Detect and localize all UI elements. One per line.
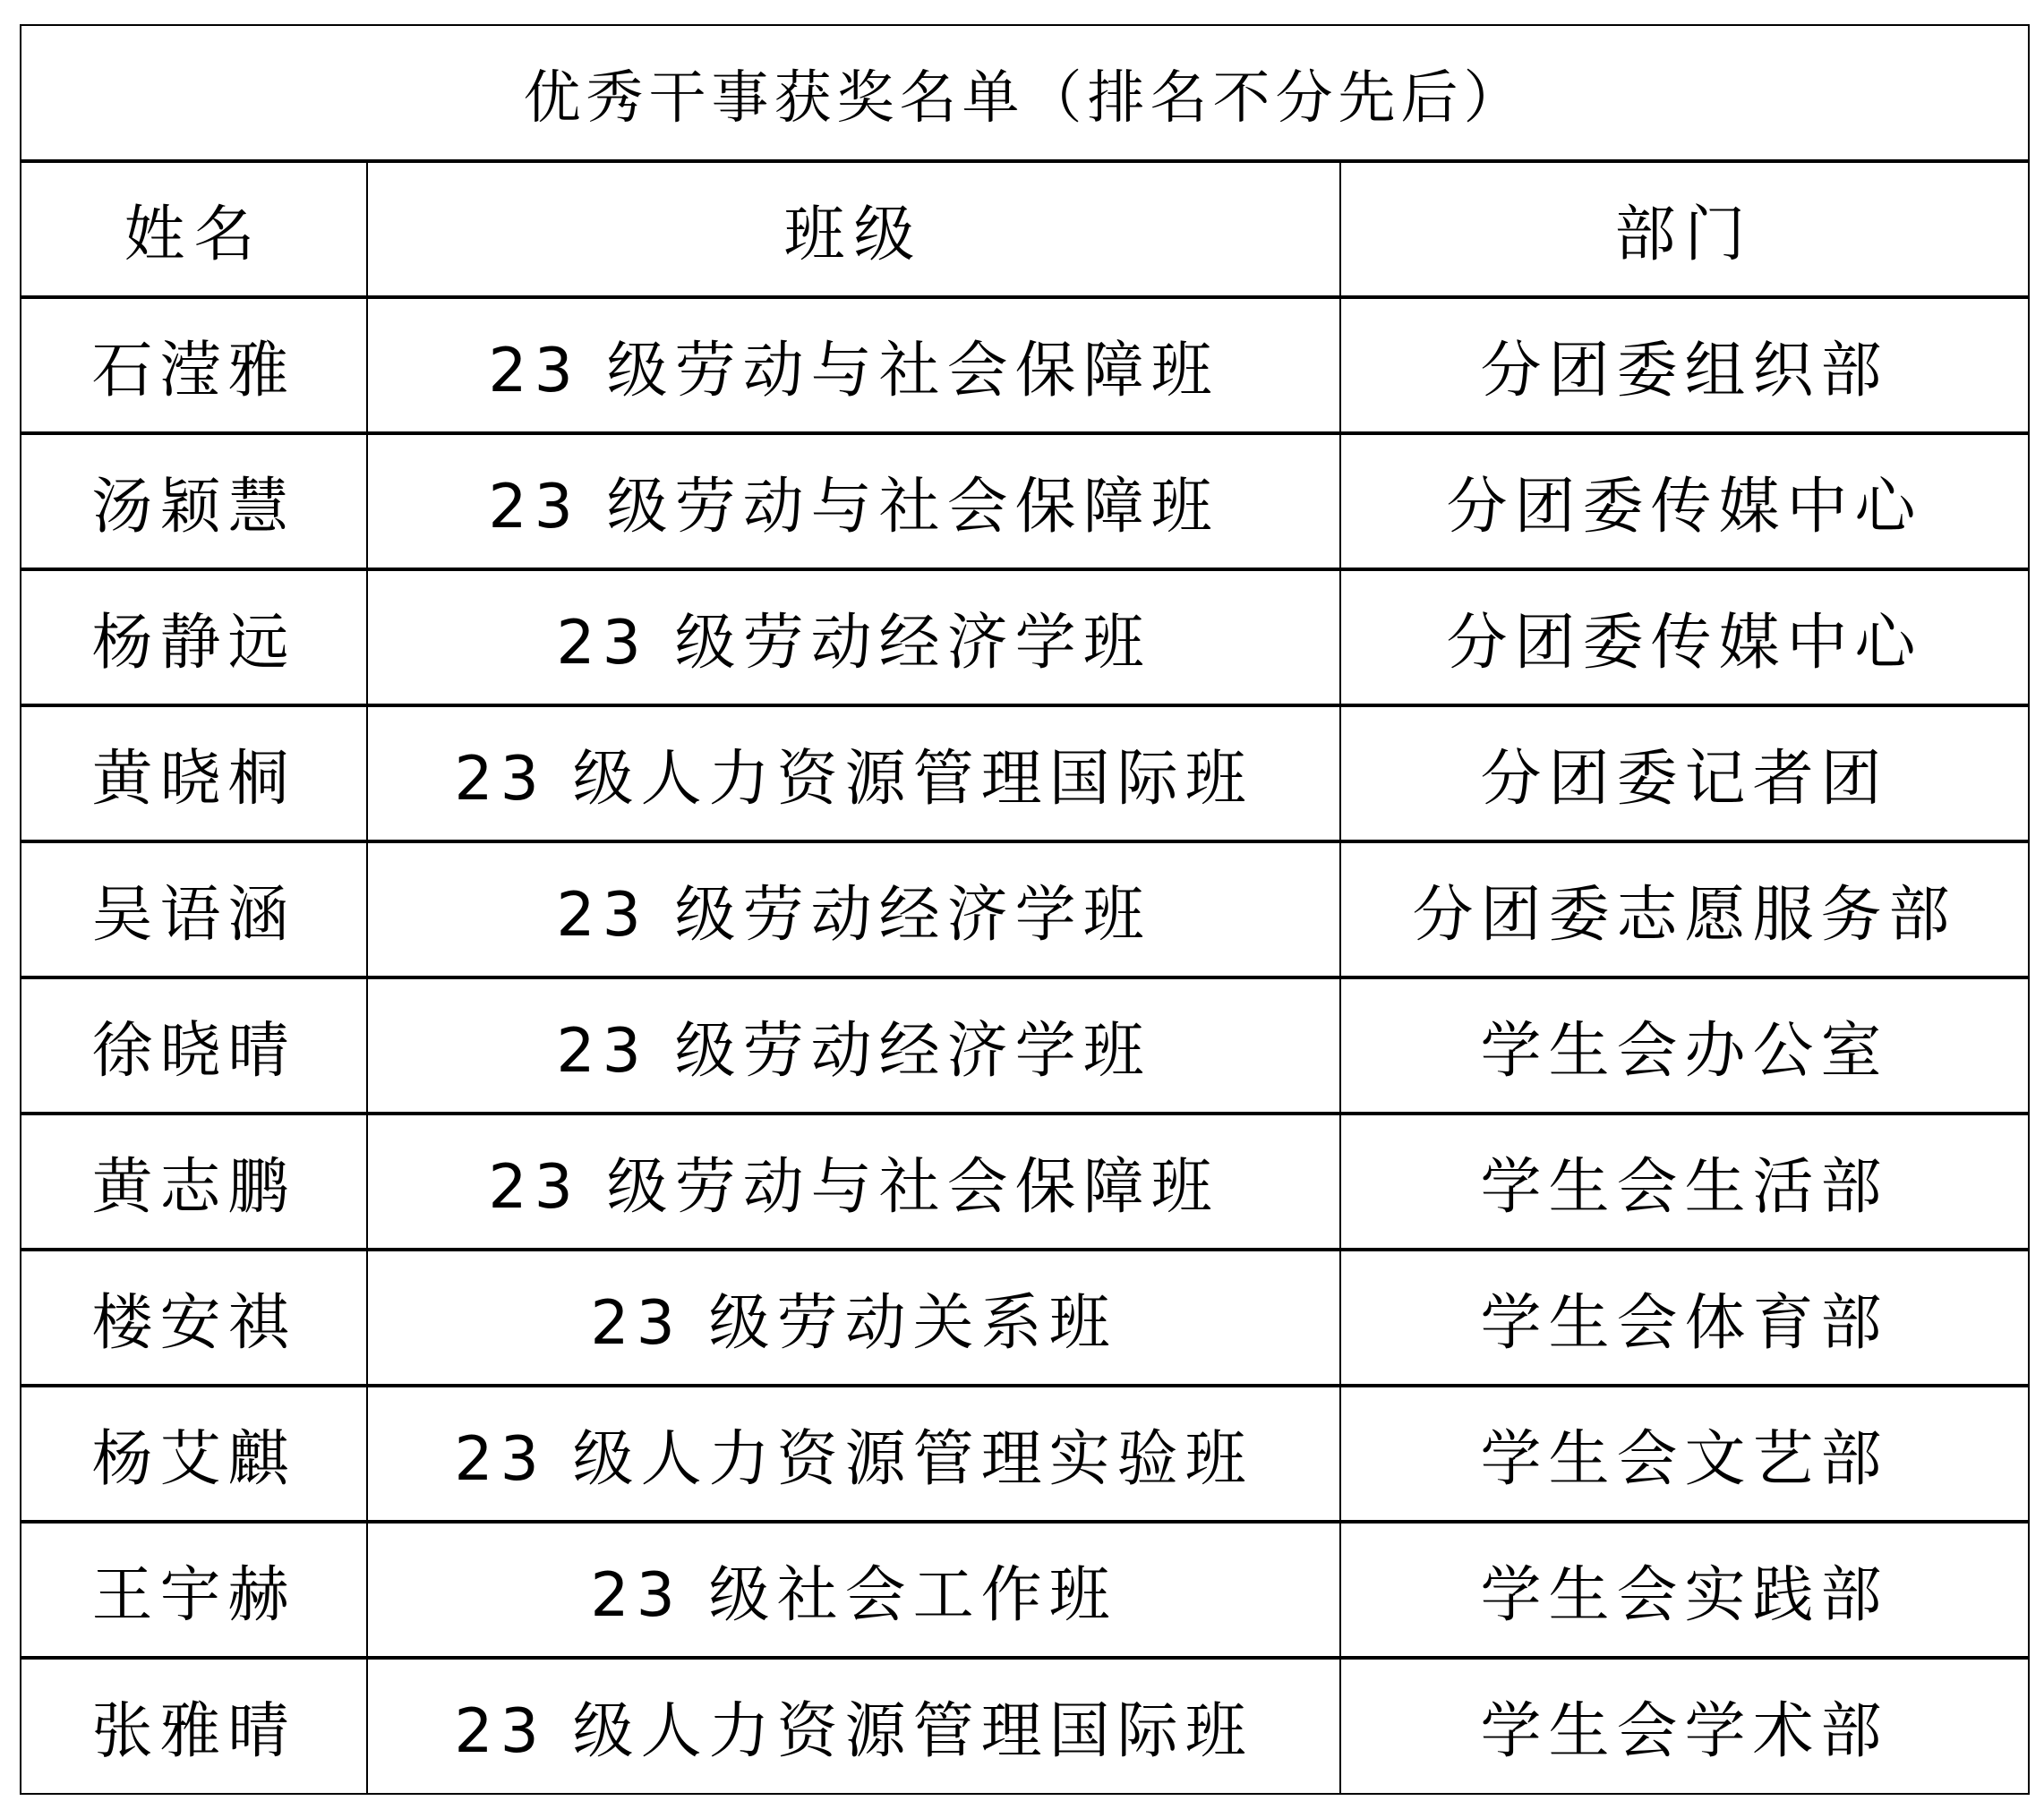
table-row: 石滢雅23 级劳动与社会保障班分团委组织部	[21, 297, 2029, 433]
dept-cell: 学生会文艺部	[1340, 1386, 2029, 1522]
name-cell: 石滢雅	[21, 297, 367, 433]
table-row: 黄志鹏23 级劳动与社会保障班学生会生活部	[21, 1114, 2029, 1250]
table-row: 汤颖慧23 级劳动与社会保障班分团委传媒中心	[21, 433, 2029, 569]
dept-cell: 学生会体育部	[1340, 1250, 2029, 1386]
dept-cell: 学生会办公室	[1340, 977, 2029, 1114]
class-cell: 23 级人力资源管理国际班	[367, 705, 1340, 841]
award-list-table: 优秀干事获奖名单（排名不分先后） 姓名 班级 部门 石滢雅23 级劳动与社会保障…	[20, 24, 2030, 1795]
table-row: 王宇赫23 级社会工作班学生会实践部	[21, 1522, 2029, 1658]
dept-cell: 分团委志愿服务部	[1340, 841, 2029, 977]
name-cell: 楼安祺	[21, 1250, 367, 1386]
table-row: 徐晓晴23 级劳动经济学班学生会办公室	[21, 977, 2029, 1114]
class-cell: 23 级社会工作班	[367, 1522, 1340, 1658]
table-row: 黄晓桐23 级人力资源管理国际班分团委记者团	[21, 705, 2029, 841]
dept-cell: 分团委传媒中心	[1340, 433, 2029, 569]
class-cell: 23 级劳动与社会保障班	[367, 297, 1340, 433]
name-cell: 黄晓桐	[21, 705, 367, 841]
column-header-name: 姓名	[21, 161, 367, 297]
column-header-dept: 部门	[1340, 161, 2029, 297]
title-row: 优秀干事获奖名单（排名不分先后）	[21, 25, 2029, 161]
class-cell: 23 级劳动经济学班	[367, 841, 1340, 977]
dept-cell: 分团委组织部	[1340, 297, 2029, 433]
name-cell: 吴语涵	[21, 841, 367, 977]
table-row: 楼安祺23 级劳动关系班学生会体育部	[21, 1250, 2029, 1386]
name-cell: 王宇赫	[21, 1522, 367, 1658]
name-cell: 杨静远	[21, 569, 367, 705]
class-cell: 23 级劳动与社会保障班	[367, 433, 1340, 569]
name-cell: 汤颖慧	[21, 433, 367, 569]
class-cell: 23 级劳动经济学班	[367, 977, 1340, 1114]
class-cell: 23 级劳动经济学班	[367, 569, 1340, 705]
dept-cell: 学生会实践部	[1340, 1522, 2029, 1658]
dept-cell: 学生会生活部	[1340, 1114, 2029, 1250]
header-row: 姓名 班级 部门	[21, 161, 2029, 297]
class-cell: 23 级人力资源管理国际班	[367, 1658, 1340, 1794]
table-row: 张雅晴23 级人力资源管理国际班学生会学术部	[21, 1658, 2029, 1794]
dept-cell: 学生会学术部	[1340, 1658, 2029, 1794]
table-row: 吴语涵23 级劳动经济学班分团委志愿服务部	[21, 841, 2029, 977]
class-cell: 23 级劳动关系班	[367, 1250, 1340, 1386]
table-row: 杨静远23 级劳动经济学班分团委传媒中心	[21, 569, 2029, 705]
dept-cell: 分团委传媒中心	[1340, 569, 2029, 705]
table-row: 杨艾麒23 级人力资源管理实验班学生会文艺部	[21, 1386, 2029, 1522]
column-header-class: 班级	[367, 161, 1340, 297]
dept-cell: 分团委记者团	[1340, 705, 2029, 841]
class-cell: 23 级人力资源管理实验班	[367, 1386, 1340, 1522]
name-cell: 黄志鹏	[21, 1114, 367, 1250]
table-title: 优秀干事获奖名单（排名不分先后）	[21, 25, 2029, 161]
name-cell: 徐晓晴	[21, 977, 367, 1114]
class-cell: 23 级劳动与社会保障班	[367, 1114, 1340, 1250]
name-cell: 张雅晴	[21, 1658, 367, 1794]
name-cell: 杨艾麒	[21, 1386, 367, 1522]
